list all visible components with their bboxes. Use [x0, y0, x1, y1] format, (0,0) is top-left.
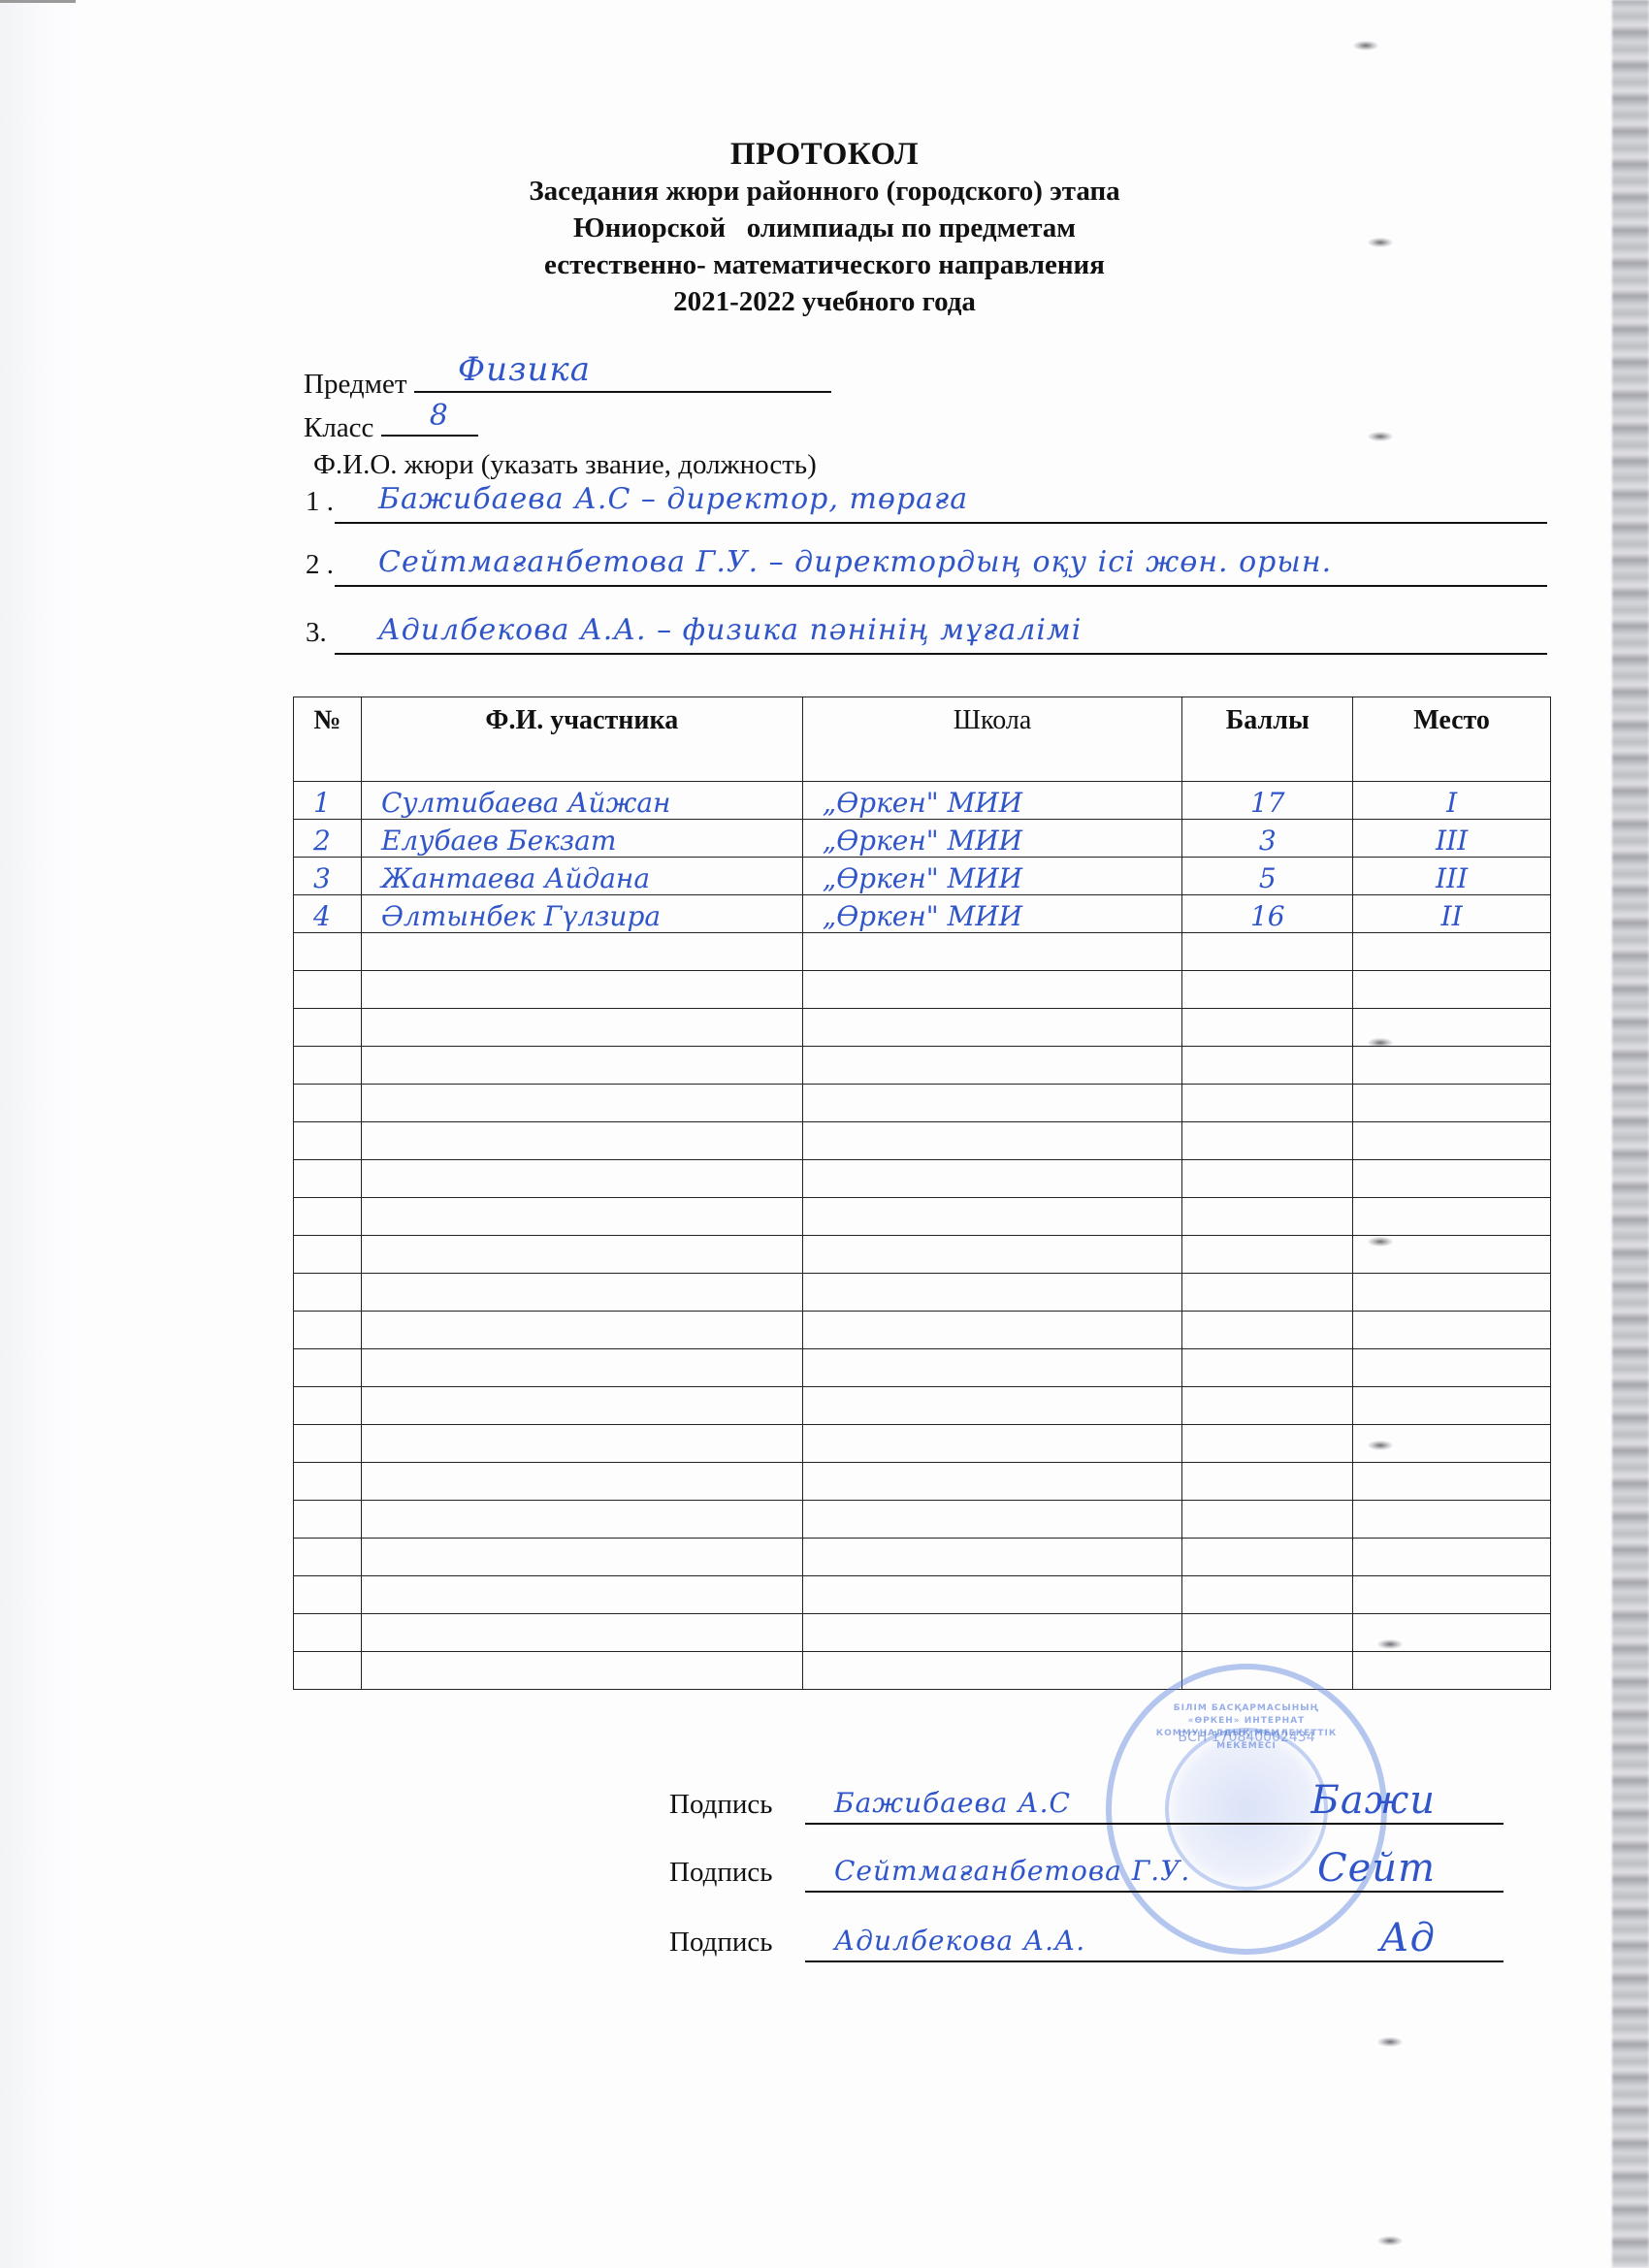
table-row-empty: [294, 1047, 1551, 1085]
cell-school: [802, 1047, 1182, 1085]
subtitle-line-3: естественно- математического направления: [0, 246, 1649, 283]
col-header-school: Школа: [802, 697, 1182, 782]
cell-place: [1353, 1198, 1551, 1236]
signature-row-3: Подпись Адилбекова А.А. Ад: [669, 1918, 1503, 1962]
cell-participant-name: [361, 1652, 802, 1690]
jury-entry: Адилбекова А.А. – физика пәнінің мұғалім…: [378, 613, 1082, 647]
cell-score: [1182, 1539, 1353, 1576]
cell-score: [1182, 1312, 1353, 1349]
cell-participant-name: [361, 971, 802, 1009]
cell-number: [294, 971, 362, 1009]
cell-place: [1353, 1122, 1551, 1160]
cell-number: [294, 1539, 362, 1576]
subject-blank: Физика: [414, 362, 831, 393]
cell-participant-name: [361, 1387, 802, 1425]
cell-number: [294, 1576, 362, 1614]
cell-score: 5: [1182, 858, 1353, 895]
cell-place: II: [1353, 895, 1551, 933]
cell-school: „Өркен" МИИ: [802, 858, 1182, 895]
cell-number: [294, 1274, 362, 1312]
jury-underline: [335, 522, 1547, 524]
cell-participant-name: [361, 1349, 802, 1387]
cell-number: [294, 1312, 362, 1349]
cell-number: 4: [294, 895, 362, 933]
cell-place: [1353, 1085, 1551, 1122]
cell-place: [1353, 1463, 1551, 1501]
cell-school: [802, 933, 1182, 971]
cell-score: 3: [1182, 820, 1353, 858]
cell-place: I: [1353, 782, 1551, 820]
signature-name: Адилбекова А.А.: [834, 1925, 1085, 1957]
subtitle-line-1: Заседания жюри районного (городского) эт…: [0, 173, 1649, 210]
table-row-empty: [294, 1652, 1551, 1690]
signature-line: [805, 1960, 1503, 1962]
table-row-empty: [294, 1576, 1551, 1614]
cell-number: 3: [294, 858, 362, 895]
table-row: 2Елубаев Бекзат„Өркен" МИИ3III: [294, 820, 1551, 858]
subject-label: Предмет: [304, 369, 407, 400]
signature-label: Подпись: [669, 1927, 773, 1959]
cell-place: [1353, 1160, 1551, 1198]
signature-name: Сейтмағанбетова Г.У.: [834, 1855, 1190, 1887]
cell-school: [802, 1085, 1182, 1122]
cell-school: [802, 1009, 1182, 1047]
signature-label: Подпись: [669, 1789, 773, 1821]
cell-score: [1182, 1463, 1353, 1501]
cell-place: [1353, 1576, 1551, 1614]
cell-score: [1182, 1236, 1353, 1274]
cell-participant-name: [361, 1501, 802, 1539]
cell-number: [294, 1009, 362, 1047]
cell-place: III: [1353, 820, 1551, 858]
cell-place: III: [1353, 858, 1551, 895]
scan-edge-right: [1612, 0, 1649, 2268]
cell-number: [294, 1198, 362, 1236]
subtitle-line-2: Юниорской олимпиады по предметам: [0, 210, 1649, 246]
table-row-empty: [294, 1160, 1551, 1198]
scan-margin-left: [0, 0, 78, 2268]
scan-speck: [1377, 2037, 1403, 2047]
grade-blank: 8: [381, 405, 478, 437]
jury-heading: Ф.И.О. жюри (указать звание, должность): [313, 449, 817, 481]
table-row-empty: [294, 1463, 1551, 1501]
signature-line: [805, 1823, 1503, 1825]
cell-school: [802, 1274, 1182, 1312]
table-row: 3Жантаева Айдана„Өркен" МИИ5III: [294, 858, 1551, 895]
cell-score: [1182, 1425, 1353, 1463]
cell-school: „Өркен" МИИ: [802, 820, 1182, 858]
cell-score: [1182, 1349, 1353, 1387]
cell-score: [1182, 1387, 1353, 1425]
signature-line: [805, 1891, 1503, 1893]
col-header-number: №: [294, 697, 362, 782]
jury-member-1: 1 . Бажибаева А.С – директор, төраға: [306, 485, 1547, 524]
cell-participant-name: [361, 1122, 802, 1160]
jury-number: 1 .: [306, 486, 334, 518]
cell-place: [1353, 1387, 1551, 1425]
cell-participant-name: [361, 1198, 802, 1236]
cell-score: [1182, 1614, 1353, 1652]
cell-participant-name: Султибаева Айжан: [361, 782, 802, 820]
cell-score: [1182, 1576, 1353, 1614]
cell-school: [802, 1122, 1182, 1160]
cell-participant-name: [361, 1576, 802, 1614]
cell-score: [1182, 1274, 1353, 1312]
cell-score: [1182, 1047, 1353, 1085]
signature-row-1: Подпись Бажибаева А.С Бажи: [669, 1780, 1503, 1825]
cell-school: [802, 1501, 1182, 1539]
cell-place: [1353, 1047, 1551, 1085]
cell-participant-name: [361, 1614, 802, 1652]
cell-score: [1182, 1198, 1353, 1236]
table-row-empty: [294, 1009, 1551, 1047]
jury-entry: Сейтмағанбетова Г.У. – директордың оқу і…: [378, 545, 1332, 579]
signature-mark: Сейт: [1317, 1846, 1436, 1891]
cell-number: [294, 1160, 362, 1198]
cell-school: [802, 1349, 1182, 1387]
cell-participant-name: [361, 1425, 802, 1463]
cell-school: [802, 1539, 1182, 1576]
cell-participant-name: [361, 1047, 802, 1085]
cell-school: [802, 1160, 1182, 1198]
cell-score: [1182, 1160, 1353, 1198]
cell-place: [1353, 1425, 1551, 1463]
cell-number: [294, 1463, 362, 1501]
table-header-row: № Ф.И. участника Школа Баллы Место: [294, 697, 1551, 782]
cell-score: 16: [1182, 895, 1353, 933]
cell-number: [294, 1387, 362, 1425]
cell-score: [1182, 1085, 1353, 1122]
cell-place: [1353, 1274, 1551, 1312]
cell-school: [802, 1463, 1182, 1501]
cell-score: [1182, 1122, 1353, 1160]
jury-entry: Бажибаева А.С – директор, төраға: [378, 482, 968, 516]
scan-speck: [1377, 2236, 1403, 2246]
cell-participant-name: [361, 1539, 802, 1576]
col-header-score: Баллы: [1182, 697, 1353, 782]
grade-field: Класс 8: [304, 405, 478, 444]
cell-place: [1353, 1312, 1551, 1349]
cell-participant-name: Әлтынбек Гүлзира: [361, 895, 802, 933]
cell-score: [1182, 971, 1353, 1009]
signature-label: Подпись: [669, 1857, 773, 1889]
results-table: № Ф.И. участника Школа Баллы Место 1Султ…: [293, 697, 1551, 1690]
cell-participant-name: [361, 1312, 802, 1349]
cell-place: [1353, 1652, 1551, 1690]
cell-number: 1: [294, 782, 362, 820]
cell-participant-name: Елубаев Бекзат: [361, 820, 802, 858]
signature-name: Бажибаева А.С: [834, 1787, 1071, 1819]
table-row-empty: [294, 1501, 1551, 1539]
cell-school: [802, 1652, 1182, 1690]
cell-number: [294, 1501, 362, 1539]
jury-member-2: 2 . Сейтмағанбетова Г.У. – директордың о…: [306, 548, 1547, 587]
table-row-empty: [294, 1085, 1551, 1122]
table-row-empty: [294, 1349, 1551, 1387]
cell-school: [802, 1425, 1182, 1463]
table-row-empty: [294, 1312, 1551, 1349]
signature-mark: Ад: [1379, 1916, 1436, 1960]
table-row-empty: [294, 1274, 1551, 1312]
cell-place: [1353, 1539, 1551, 1576]
table-row-empty: [294, 1614, 1551, 1652]
cell-school: „Өркен" МИИ: [802, 895, 1182, 933]
cell-participant-name: [361, 1160, 802, 1198]
cell-score: 17: [1182, 782, 1353, 820]
cell-participant-name: Жантаева Айдана: [361, 858, 802, 895]
subject-value: Физика: [458, 350, 591, 389]
table-row-empty: [294, 1122, 1551, 1160]
cell-place: [1353, 1614, 1551, 1652]
table-row-empty: [294, 1198, 1551, 1236]
grade-value: 8: [430, 399, 449, 433]
scan-speck: [1368, 432, 1393, 441]
cell-number: [294, 1652, 362, 1690]
cell-school: [802, 1614, 1182, 1652]
jury-underline: [335, 653, 1547, 655]
signature-mark: Бажи: [1311, 1778, 1436, 1823]
cell-place: [1353, 1349, 1551, 1387]
table-row: 4Әлтынбек Гүлзира„Өркен" МИИ16II: [294, 895, 1551, 933]
cell-school: [802, 1198, 1182, 1236]
table-row-empty: [294, 971, 1551, 1009]
cell-number: [294, 1425, 362, 1463]
table-row-empty: [294, 1236, 1551, 1274]
cell-place: [1353, 933, 1551, 971]
table-row-empty: [294, 933, 1551, 971]
cell-score: [1182, 933, 1353, 971]
jury-number: 2 .: [306, 549, 334, 581]
scan-edge-top: [0, 0, 76, 3]
cell-school: [802, 1236, 1182, 1274]
cell-number: [294, 1047, 362, 1085]
cell-school: [802, 1312, 1182, 1349]
table-row-empty: [294, 1387, 1551, 1425]
jury-underline: [335, 585, 1547, 587]
col-header-place: Место: [1353, 697, 1551, 782]
grade-label: Класс: [304, 412, 373, 443]
cell-participant-name: [361, 1274, 802, 1312]
cell-participant-name: [361, 1236, 802, 1274]
cell-participant-name: [361, 933, 802, 971]
cell-number: 2: [294, 820, 362, 858]
col-header-name: Ф.И. участника: [361, 697, 802, 782]
cell-participant-name: [361, 1463, 802, 1501]
cell-school: [802, 971, 1182, 1009]
cell-place: [1353, 1009, 1551, 1047]
jury-member-3: 3. Адилбекова А.А. – физика пәнінің мұға…: [306, 616, 1547, 655]
cell-score: [1182, 1501, 1353, 1539]
table-row-empty: [294, 1425, 1551, 1463]
subtitle-line-4: 2021-2022 учебного года: [0, 283, 1649, 320]
cell-participant-name: [361, 1085, 802, 1122]
table-row-empty: [294, 1539, 1551, 1576]
cell-school: „Өркен" МИИ: [802, 782, 1182, 820]
cell-number: [294, 933, 362, 971]
cell-place: [1353, 971, 1551, 1009]
cell-school: [802, 1387, 1182, 1425]
table-body: 1Султибаева Айжан„Өркен" МИИ17I2Елубаев …: [294, 782, 1551, 1690]
cell-score: [1182, 1009, 1353, 1047]
signature-row-2: Подпись Сейтмағанбетова Г.У. Сейт: [669, 1848, 1503, 1893]
document-header: ПРОТОКОЛ Заседания жюри районного (город…: [0, 136, 1649, 320]
cell-place: [1353, 1501, 1551, 1539]
cell-school: [802, 1576, 1182, 1614]
cell-number: [294, 1236, 362, 1274]
table-row: 1Султибаева Айжан„Өркен" МИИ17I: [294, 782, 1551, 820]
cell-participant-name: [361, 1009, 802, 1047]
cell-place: [1353, 1236, 1551, 1274]
subject-field: Предмет Физика: [304, 362, 831, 401]
cell-number: [294, 1349, 362, 1387]
jury-number: 3.: [306, 617, 327, 649]
cell-number: [294, 1614, 362, 1652]
scan-speck: [1353, 41, 1378, 50]
document-title: ПРОТОКОЛ: [0, 136, 1649, 173]
cell-number: [294, 1085, 362, 1122]
cell-number: [294, 1122, 362, 1160]
